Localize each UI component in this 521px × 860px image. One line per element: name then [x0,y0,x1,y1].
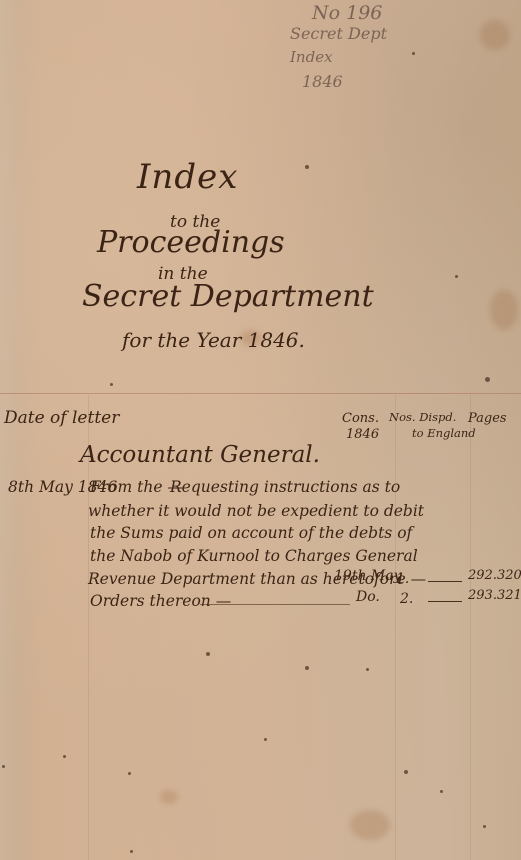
foxing-spot [305,165,309,169]
foxing-spot [440,790,443,793]
entry-pages: 292.320 [468,569,521,582]
foxing-spot [455,275,458,278]
horizontal-rule [0,393,521,394]
archive-year: 1846 [302,74,343,90]
foxing-spot [63,755,66,758]
foxing-spot [110,383,113,386]
stain [350,810,390,840]
header-to-england: to England [412,428,476,440]
leader-line [428,601,462,602]
title-year: for the Year 1846. [122,330,305,350]
archive-department: Secret Dept [290,26,387,42]
stain [490,290,518,330]
archive-number: No 196 [312,4,382,23]
title-proceedings: Proceedings [97,228,285,258]
foxing-spot [305,666,309,670]
entry-from: From the — [90,480,183,496]
leader-line [200,604,350,605]
foxing-spot [366,668,369,671]
entry-pages: 293.321 [468,589,521,602]
header-pages: Pages [468,412,507,425]
header-cons: Cons. [342,412,379,425]
foxing-spot [264,738,267,741]
entry-number: 2. [400,592,413,606]
archive-type: Index [290,50,333,65]
stain [480,20,510,50]
entry-cons-ditto: Do. [356,590,380,604]
entry-line: Orders thereon — [90,594,231,610]
foxing-spot [2,765,5,768]
foxing-spot [130,850,133,853]
foxing-spot [412,52,415,55]
stain [160,790,178,804]
foxing-spot [128,772,131,775]
column-rule-cons [395,395,396,860]
column-rule-pages [470,395,471,860]
foxing-spot [483,825,486,828]
foxing-spot [404,770,408,774]
title-secret-department: Secret Department [82,282,374,312]
leader-line [428,581,462,582]
entry-cons-date: 19th May [334,569,402,583]
foxing-spot [206,652,210,656]
section-heading: Accountant General. [80,444,320,467]
entry-number: 1. [396,572,409,586]
header-date-of-letter: Date of letter [4,410,119,427]
entry-line: Requesting instructions as to [170,480,400,496]
entry-line: the Sums paid on account of the debts of [90,526,412,542]
entry-line: the Nabob of Kurnool to Charges General [90,549,418,565]
header-cons-year: 1846 [346,428,379,441]
paper-edge-wear [0,0,40,860]
foxing-spot [485,377,490,382]
title-index: Index [137,160,238,194]
header-numbers: Nos. Dispd. [389,412,456,424]
entry-line: whether it would not be expedient to deb… [88,504,424,520]
